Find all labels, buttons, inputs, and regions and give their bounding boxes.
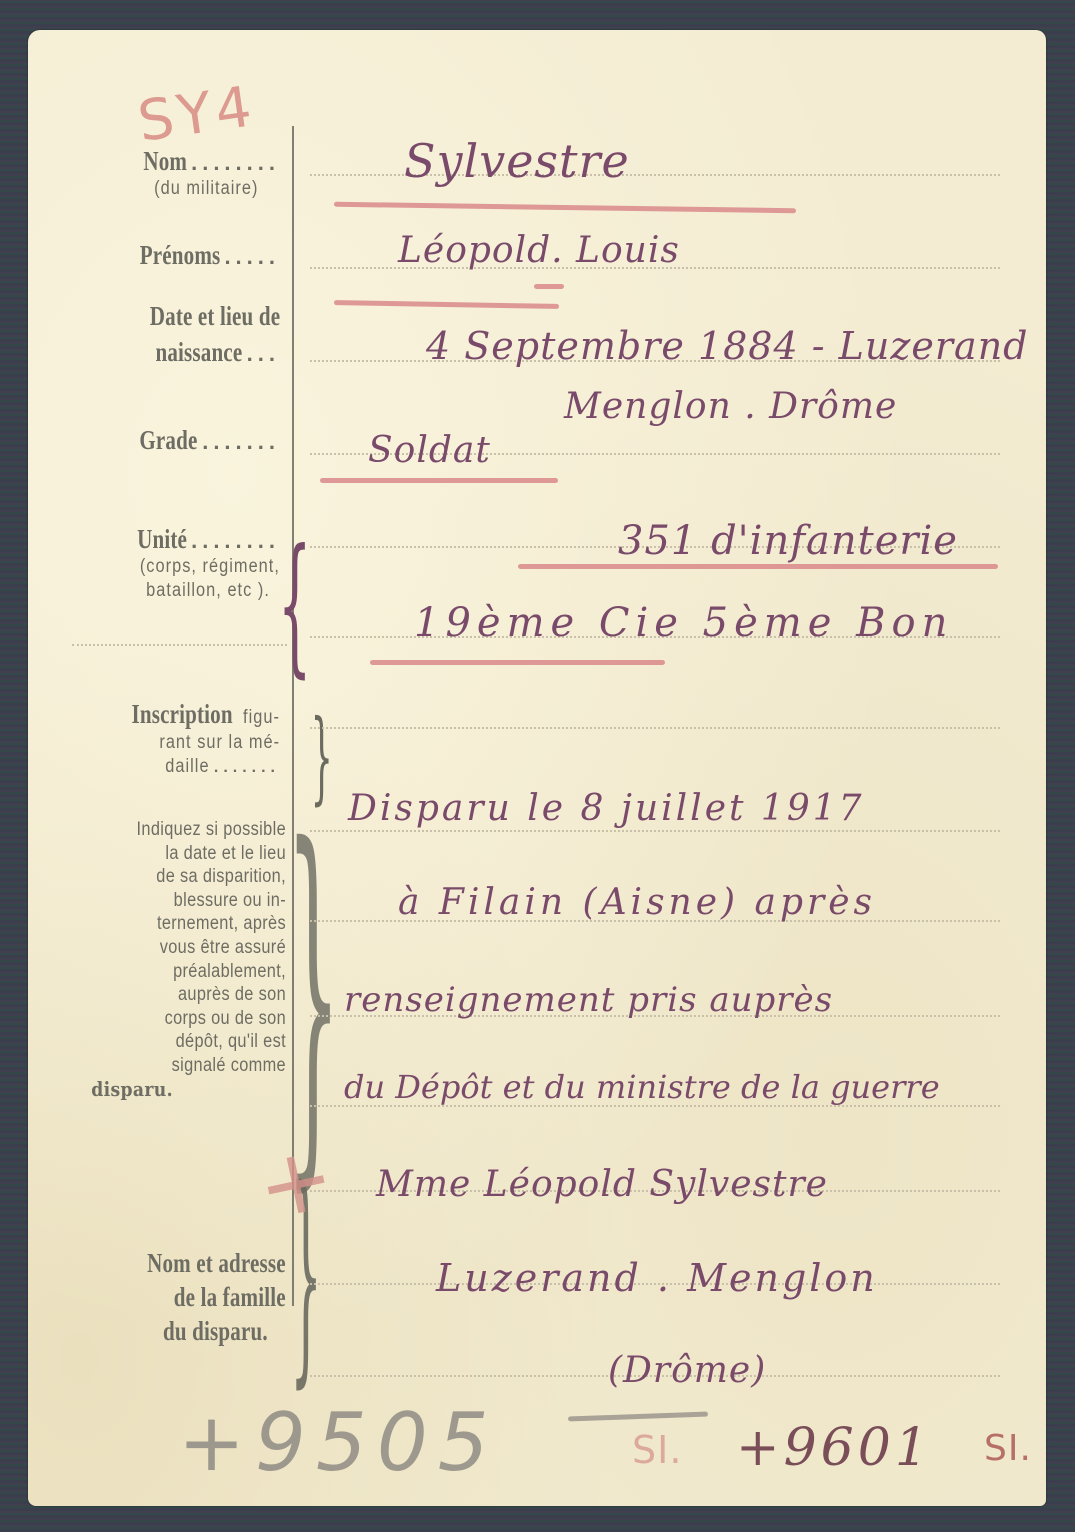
label-prenoms: Prénoms ..... [117, 240, 280, 271]
handwritten-unite-2: 19ème Cie 5ème Bon [414, 600, 953, 646]
underline-grade [320, 478, 558, 483]
label-inscription: Inscription figu- rant sur la mé- daille… [103, 702, 280, 780]
handwritten-disparition-2: à Filain (Aisne) après [398, 882, 876, 923]
handwritten-famille-1: Mme Léopold Sylvestre [376, 1164, 828, 1205]
bottom-number-right: +9601 [736, 1418, 932, 1478]
handwritten-naissance-2: Menglon . Drôme [564, 386, 897, 427]
underline-nom [334, 202, 796, 213]
label-grade: Grade ....... [123, 425, 280, 456]
underline-unite-2 [370, 660, 665, 665]
handwritten-naissance-1: 4 Septembre 1884 - Luzerand [426, 324, 1029, 368]
bottom-number-left: +9505 [178, 1396, 499, 1489]
handwritten-prenoms: Léopold. Louis [398, 230, 680, 271]
row-line [310, 830, 1000, 832]
bottom-number-left-suffix: SI. [632, 1428, 682, 1472]
handwritten-unite-1: 351 d'infanterie [618, 518, 958, 564]
underline-prenoms-short [534, 284, 564, 289]
label-date-lieu: Date et lieu de naissance ... [113, 298, 280, 375]
disparu-bold: disparu. [68, 1078, 255, 1102]
handwritten-nom: Sylvestre [404, 134, 630, 188]
brace-unite-handwritten: { [278, 530, 311, 680]
instructions-paragraph: Indiquez si possible la date et le lieu … [68, 818, 286, 1101]
label-famille: Nom et adresse de la famille du disparu. [108, 1246, 286, 1348]
row-line [310, 727, 1000, 729]
handwritten-grade: Soldat [368, 430, 491, 471]
row-line-left [72, 644, 287, 646]
strike-mark [568, 1412, 708, 1422]
card-number: SY4 [134, 74, 259, 155]
label-nom: Nom ........ (du militaire) [131, 146, 280, 201]
handwritten-disparition-4: du Dépôt et du ministre de la guerre [344, 1068, 940, 1106]
handwritten-disparition-3: renseignement pris auprès [344, 980, 833, 1020]
label-unite: Unité ........ (corps, régiment, bataill… [117, 524, 280, 603]
underline-unite-1 [518, 564, 998, 569]
underline-prenoms [334, 300, 559, 309]
handwritten-famille-3: (Drôme) [608, 1350, 766, 1391]
handwritten-disparition-1: Disparu le 8 juillet 1917 [348, 788, 865, 829]
handwritten-famille-2: Luzerand . Menglon [436, 1256, 878, 1300]
document-card: SY4 Nom ........ (du militaire) Prénoms … [28, 30, 1046, 1506]
bottom-number-right-suffix: SI. [984, 1428, 1032, 1469]
